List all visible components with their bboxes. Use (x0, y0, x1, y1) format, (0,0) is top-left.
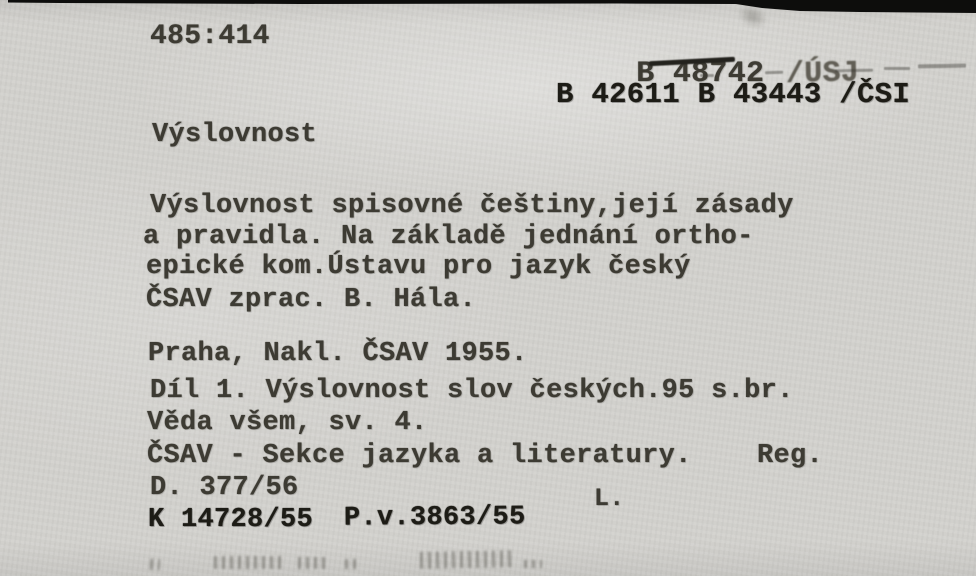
pencil-dash-mark (765, 71, 783, 75)
title-line-4: ČSAV zprac. B. Hála. (146, 287, 476, 314)
bottom-ghost-print-fragment (420, 550, 516, 569)
scan-edge-strip (0, 0, 976, 14)
pencil-dash-mark (835, 69, 873, 73)
registration-number: D. 377/56 (150, 475, 299, 502)
imprint-line: Praha, Nakl. ČSAV 1955. (148, 341, 528, 368)
classification-number: 485:414 (150, 23, 270, 51)
title-line-1: Výslovnost spisovné češtiny,její zásady (150, 193, 794, 220)
series-note-line: Věda všem, sv. 4. (147, 410, 428, 437)
volume-note-line: Díl 1. Výslovnost slov českých.95 s.br. (150, 378, 794, 405)
pencil-dash-mark (884, 67, 910, 70)
registration-label: Reg. (757, 443, 823, 470)
catalog-card-scan: 485:414 B 48742/ÚSJ B 42611 B 43443 /ČSI… (0, 0, 976, 576)
title-line-3: epické kom.Ústavu pro jazyk český (146, 254, 691, 281)
pencil-dash-mark (700, 74, 714, 77)
subject-heading: Výslovnost (152, 122, 317, 149)
bottom-ghost-print-fragment (524, 560, 542, 568)
accession-number-pv: P.v.3863/55 (344, 504, 526, 532)
accession-number-k: K 14728/55 (148, 507, 313, 534)
bottom-ghost-print-fragment (298, 557, 326, 569)
registration-letter: L. (594, 486, 625, 511)
bottom-ghost-print-fragment (345, 559, 359, 569)
pencil-dash-mark (918, 64, 966, 69)
call-number-line-2: B 42611 B 43443 /ČSI (556, 80, 910, 109)
bottom-ghost-print-fragment (214, 556, 286, 569)
corporate-note-line: ČSAV - Sekce jazyka a literatury. (147, 443, 692, 470)
title-line-2: a pravidla. Na základě jednání ortho- (143, 224, 754, 251)
bottom-ghost-print-fragment (150, 559, 161, 571)
